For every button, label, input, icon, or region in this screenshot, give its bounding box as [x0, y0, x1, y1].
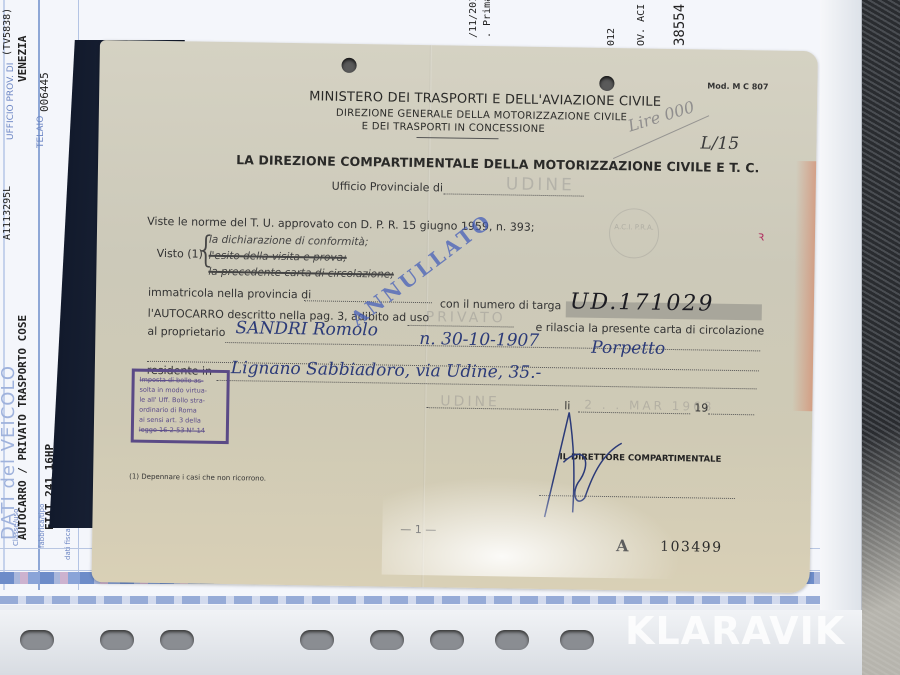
punch-hole: [160, 630, 194, 650]
plate-number: UD.171029: [570, 289, 715, 316]
top-fragment: 38554: [672, 4, 688, 46]
punch-hole: [20, 630, 54, 650]
owner-birthplace: Porpetto: [591, 338, 665, 359]
ufficio-label: Ufficio Provinciale di: [332, 180, 443, 195]
top-fragment: /11/2012: [468, 0, 479, 38]
visto-item-struck: l'esito della visita e prova;: [209, 250, 347, 264]
rilascia-text: e rilascia la presente carta di circolaz…: [535, 321, 764, 338]
footnote: (1) Depennare i casi che non ricorrono.: [129, 473, 266, 483]
punch-hole: [599, 76, 614, 91]
owner-birth: n. 30-10-1907: [419, 329, 539, 351]
sheet-protector: (TV5838) UFFICIO PROV. DI VENEZIA TELAIO…: [0, 0, 862, 675]
punch-hole: [100, 630, 134, 650]
ministry-title: MINISTERO DEI TRASPORTI E DELL'AVIAZIONE…: [309, 89, 661, 110]
punch-hole: [300, 630, 334, 650]
residence: Lignano Sabbiadoro, via Udine, 35.-: [231, 358, 542, 383]
classe-value: AUTOCARRO / PRIVATO TRASPORTO COSE: [16, 315, 29, 540]
proprietario-label: al proprietario: [147, 325, 225, 339]
ufficio-label: UFFICIO PROV. DI: [6, 63, 16, 140]
ref-code: (TV5838): [2, 8, 13, 56]
top-fragment: OV. ACI: [636, 4, 647, 46]
punch-hole: [370, 630, 404, 650]
punch-hole: [342, 58, 357, 73]
fiscali-label: dati fiscali: [64, 524, 72, 560]
year-prefix: 19: [694, 401, 708, 414]
ufficio-value-stamp: UDINE: [506, 174, 575, 195]
punch-hole: [495, 630, 529, 650]
sleeve-edge: [820, 0, 862, 640]
fill-line: [708, 414, 754, 416]
model-number: Mod. M C 807: [707, 82, 768, 92]
main-heading: LA DIREZIONE COMPARTIMENTALE DELLA MOTOR…: [236, 152, 760, 175]
immatricola-label: immatricola nella provincia di: [148, 286, 311, 302]
telaio-label: TELAIO: [36, 116, 46, 148]
tax-stamp-line: legge 16-2-53 N° 14: [139, 425, 221, 436]
uso-value-stamp: PRIVATO: [426, 309, 506, 326]
security-pattern-band: [0, 596, 820, 604]
vehicle-id-fragment: A1113295L: [2, 186, 13, 240]
paper-stain: [792, 161, 816, 411]
aci-pra-text: A.C.I. P.R.A.: [614, 223, 654, 232]
directorate-line-2: E DEI TRASPORTI IN CONCESSIONE: [362, 121, 546, 135]
aci-pra-stamp: A.C.I. P.R.A.: [609, 208, 660, 259]
tax-stamp: Imposta di bollo as- solta in modo virtu…: [131, 369, 230, 445]
watermark: KLARAVIK: [625, 609, 845, 653]
top-fragment: . Prima: [482, 0, 493, 38]
ufficio-value: VENEZIA: [16, 36, 29, 82]
red-mark: ꝛ: [758, 226, 764, 244]
place-stamp: UDINE: [440, 393, 500, 410]
circulation-certificate: Mod. M C 807 MINISTERO DEI TRASPORTI E D…: [91, 40, 817, 593]
visto-item: la dichiarazione di conformità;: [209, 234, 369, 249]
seat-light-reflection: [860, 330, 900, 675]
punch-hole: [430, 630, 464, 650]
top-fragment: 012: [606, 28, 617, 46]
pencil-note: L/15: [700, 133, 739, 154]
light-glare: [382, 475, 684, 580]
visto-item-struck: la precedente carta di circolazione;: [208, 266, 394, 281]
punch-hole: [560, 630, 594, 650]
telaio-value: 006445: [38, 72, 51, 112]
